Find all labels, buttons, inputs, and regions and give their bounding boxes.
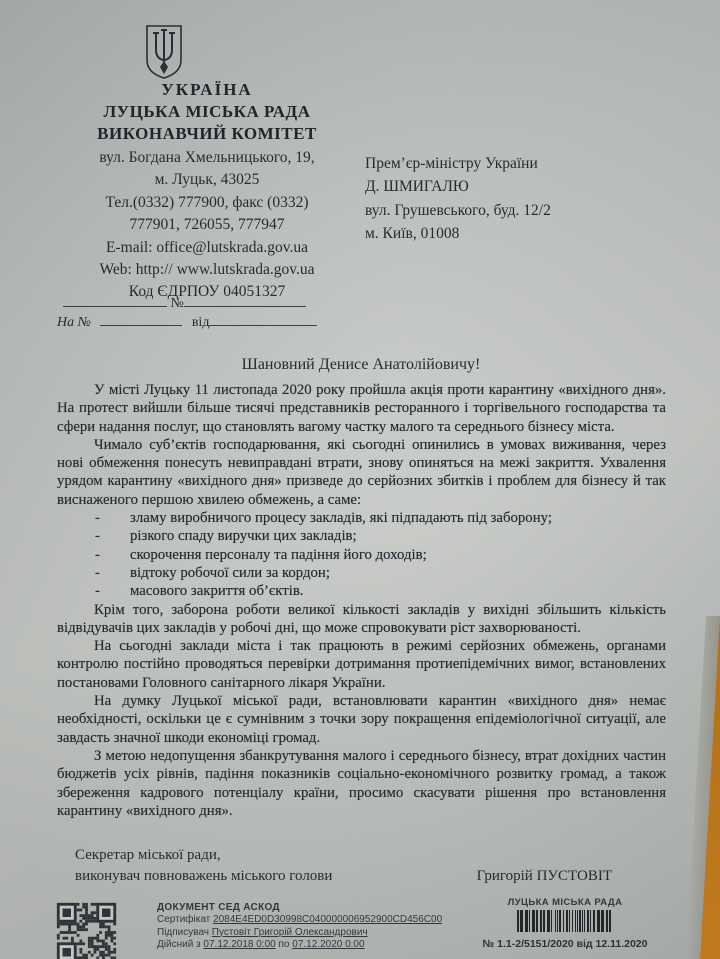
paragraph: На думку Луцької міської ради, встановлю… xyxy=(57,692,666,747)
list-item-text: відтоку робочої сили за кордон; xyxy=(130,565,330,581)
valid-mid-label: по xyxy=(279,939,290,950)
qr-code xyxy=(55,901,118,959)
outgoing-number-line: № xyxy=(57,293,337,312)
address-line: 777901, 726055, 777947 xyxy=(52,214,362,236)
recipient-block: Прем’єр-міністру УкраїниД. ШМИГАЛЮвул. Г… xyxy=(365,152,645,246)
valid-from-date: 07.12.2018 0:00 xyxy=(203,939,275,950)
bullet-dash: - xyxy=(95,582,100,600)
org-name-line1: ЛУЦЬКА МІСЬКА РАДА xyxy=(52,102,362,122)
salutation: Шановний Денисе Анатолійовичу! xyxy=(57,356,665,374)
certificate-label: Сертифікат xyxy=(157,914,210,925)
barcode xyxy=(517,910,613,932)
certificate-line: Сертифікат 2084E4ED0D30998C0400000069529… xyxy=(157,914,442,926)
recipient-line: Прем’єр-міністру України xyxy=(365,152,645,175)
list-item-text: масового закриття об’єктів. xyxy=(130,583,304,599)
recipient-line: м. Київ, 01008 xyxy=(365,222,645,245)
list-item: -різкого спаду виручки цих закладів; xyxy=(57,527,666,545)
address-line: E-mail: office@lutskrada.gov.ua xyxy=(52,237,362,259)
paragraph: З метою недопущення збанкрутування малог… xyxy=(57,747,666,820)
letter-page: УКРАЇНА ЛУЦЬКА МІСЬКА РАДА ВИКОНАВЧИЙ КО… xyxy=(0,0,720,959)
address-line: м. Луцьк, 43025 xyxy=(52,169,362,191)
date-blank xyxy=(209,312,317,326)
list-item: -масового закриття об’єктів. xyxy=(57,582,666,600)
paragraph: У місті Луцьку 11 листопада 2020 року пр… xyxy=(57,381,666,436)
bullet-dash: - xyxy=(95,527,100,545)
reference-block: № На № від xyxy=(57,293,337,331)
valid-label: Дійсний з xyxy=(157,939,201,950)
reply-number-line: На № від xyxy=(57,312,337,331)
certificate-value: 2084E4ED0D30998C040000006952900CD456C00 xyxy=(213,914,442,925)
registration-number: № 1.1-2/5151/2020 від 12.11.2020 xyxy=(470,938,660,950)
recipient-line: Д. ШМИГАЛЮ xyxy=(365,175,645,198)
number-value-blank xyxy=(184,293,306,307)
address-line: Web: http:// www.lutskrada.gov.ua xyxy=(52,259,362,281)
recipient-line: вул. Грушевського, буд. 12/2 xyxy=(365,199,645,222)
reply-number-blank xyxy=(100,312,182,326)
org-name-line2: ВИКОНАВЧИЙ КОМІТЕТ xyxy=(52,124,362,144)
date-label: від xyxy=(192,315,210,330)
sender-address: вул. Богдана Хмельницького, 19,м. Луцьк,… xyxy=(52,147,362,304)
reply-to-label: На № xyxy=(57,315,91,330)
list-item: -зламу виробничого процесу закладів, які… xyxy=(57,509,666,527)
signer-value: Пустовіт Григорій Олександрович xyxy=(212,927,368,938)
validity-line: Дійсний з 07.12.2018 0:00 по 07.12.2020 … xyxy=(157,939,442,951)
signature-block: Секретар міської ради, виконувач повнова… xyxy=(75,845,640,887)
bullet-dash: - xyxy=(95,546,100,564)
digital-signature-stamp: ДОКУМЕНТ СЕД АСКОД Сертифікат 2084E4ED0D… xyxy=(0,895,720,959)
bullet-dash: - xyxy=(95,564,100,582)
stamp-org-name: ЛУЦЬКА МІСЬКА РАДА xyxy=(470,897,660,908)
list-item: -відтоку робочої сили за кордон; xyxy=(57,564,666,582)
list-item: -скорочення персоналу та падіння його до… xyxy=(57,546,666,564)
list-item-text: різкого спаду виручки цих закладів; xyxy=(130,528,357,544)
signer-title-line1: Секретар міської ради, xyxy=(75,845,640,866)
list-item-text: зламу виробничого процесу закладів, які … xyxy=(130,510,552,526)
bullet-dash: - xyxy=(95,509,100,527)
ukraine-trident-icon xyxy=(142,24,186,80)
address-line: вул. Богдана Хмельницького, 19, xyxy=(52,147,362,169)
number-blank xyxy=(63,293,167,307)
sed-askod-block: ДОКУМЕНТ СЕД АСКОД Сертифікат 2084E4ED0D… xyxy=(157,902,442,951)
number-label: № xyxy=(171,296,184,311)
paragraph: На сьогодні заклади міста і так працюють… xyxy=(57,637,666,692)
trident-tail xyxy=(160,61,168,74)
doc-system-label: ДОКУМЕНТ СЕД АСКОД xyxy=(157,902,442,914)
registration-stamp: ЛУЦЬКА МІСЬКА РАДА № 1.1-2/5151/2020 від… xyxy=(470,897,660,950)
signer-name: Григорій ПУСТОВІТ xyxy=(477,866,612,887)
address-line: Тел.(0332) 777900, факс (0332) xyxy=(52,192,362,214)
country-name: УКРАЇНА xyxy=(52,80,362,100)
paragraph: Крім того, заборона роботи великої кільк… xyxy=(57,601,666,638)
signer-line: Підписувач Пустовіт Григорій Олександров… xyxy=(157,927,442,939)
signer-label: Підписувач xyxy=(157,927,209,938)
paragraph: Чимало суб’єктів господарювання, які сьо… xyxy=(57,436,666,509)
valid-to-date: 07.12.2020 0:00 xyxy=(292,939,364,950)
document-photo: УКРАЇНА ЛУЦЬКА МІСЬКА РАДА ВИКОНАВЧИЙ КО… xyxy=(0,0,720,959)
list-item-text: скорочення персоналу та падіння його дох… xyxy=(130,547,427,563)
letter-body: У місті Луцьку 11 листопада 2020 року пр… xyxy=(57,381,666,820)
